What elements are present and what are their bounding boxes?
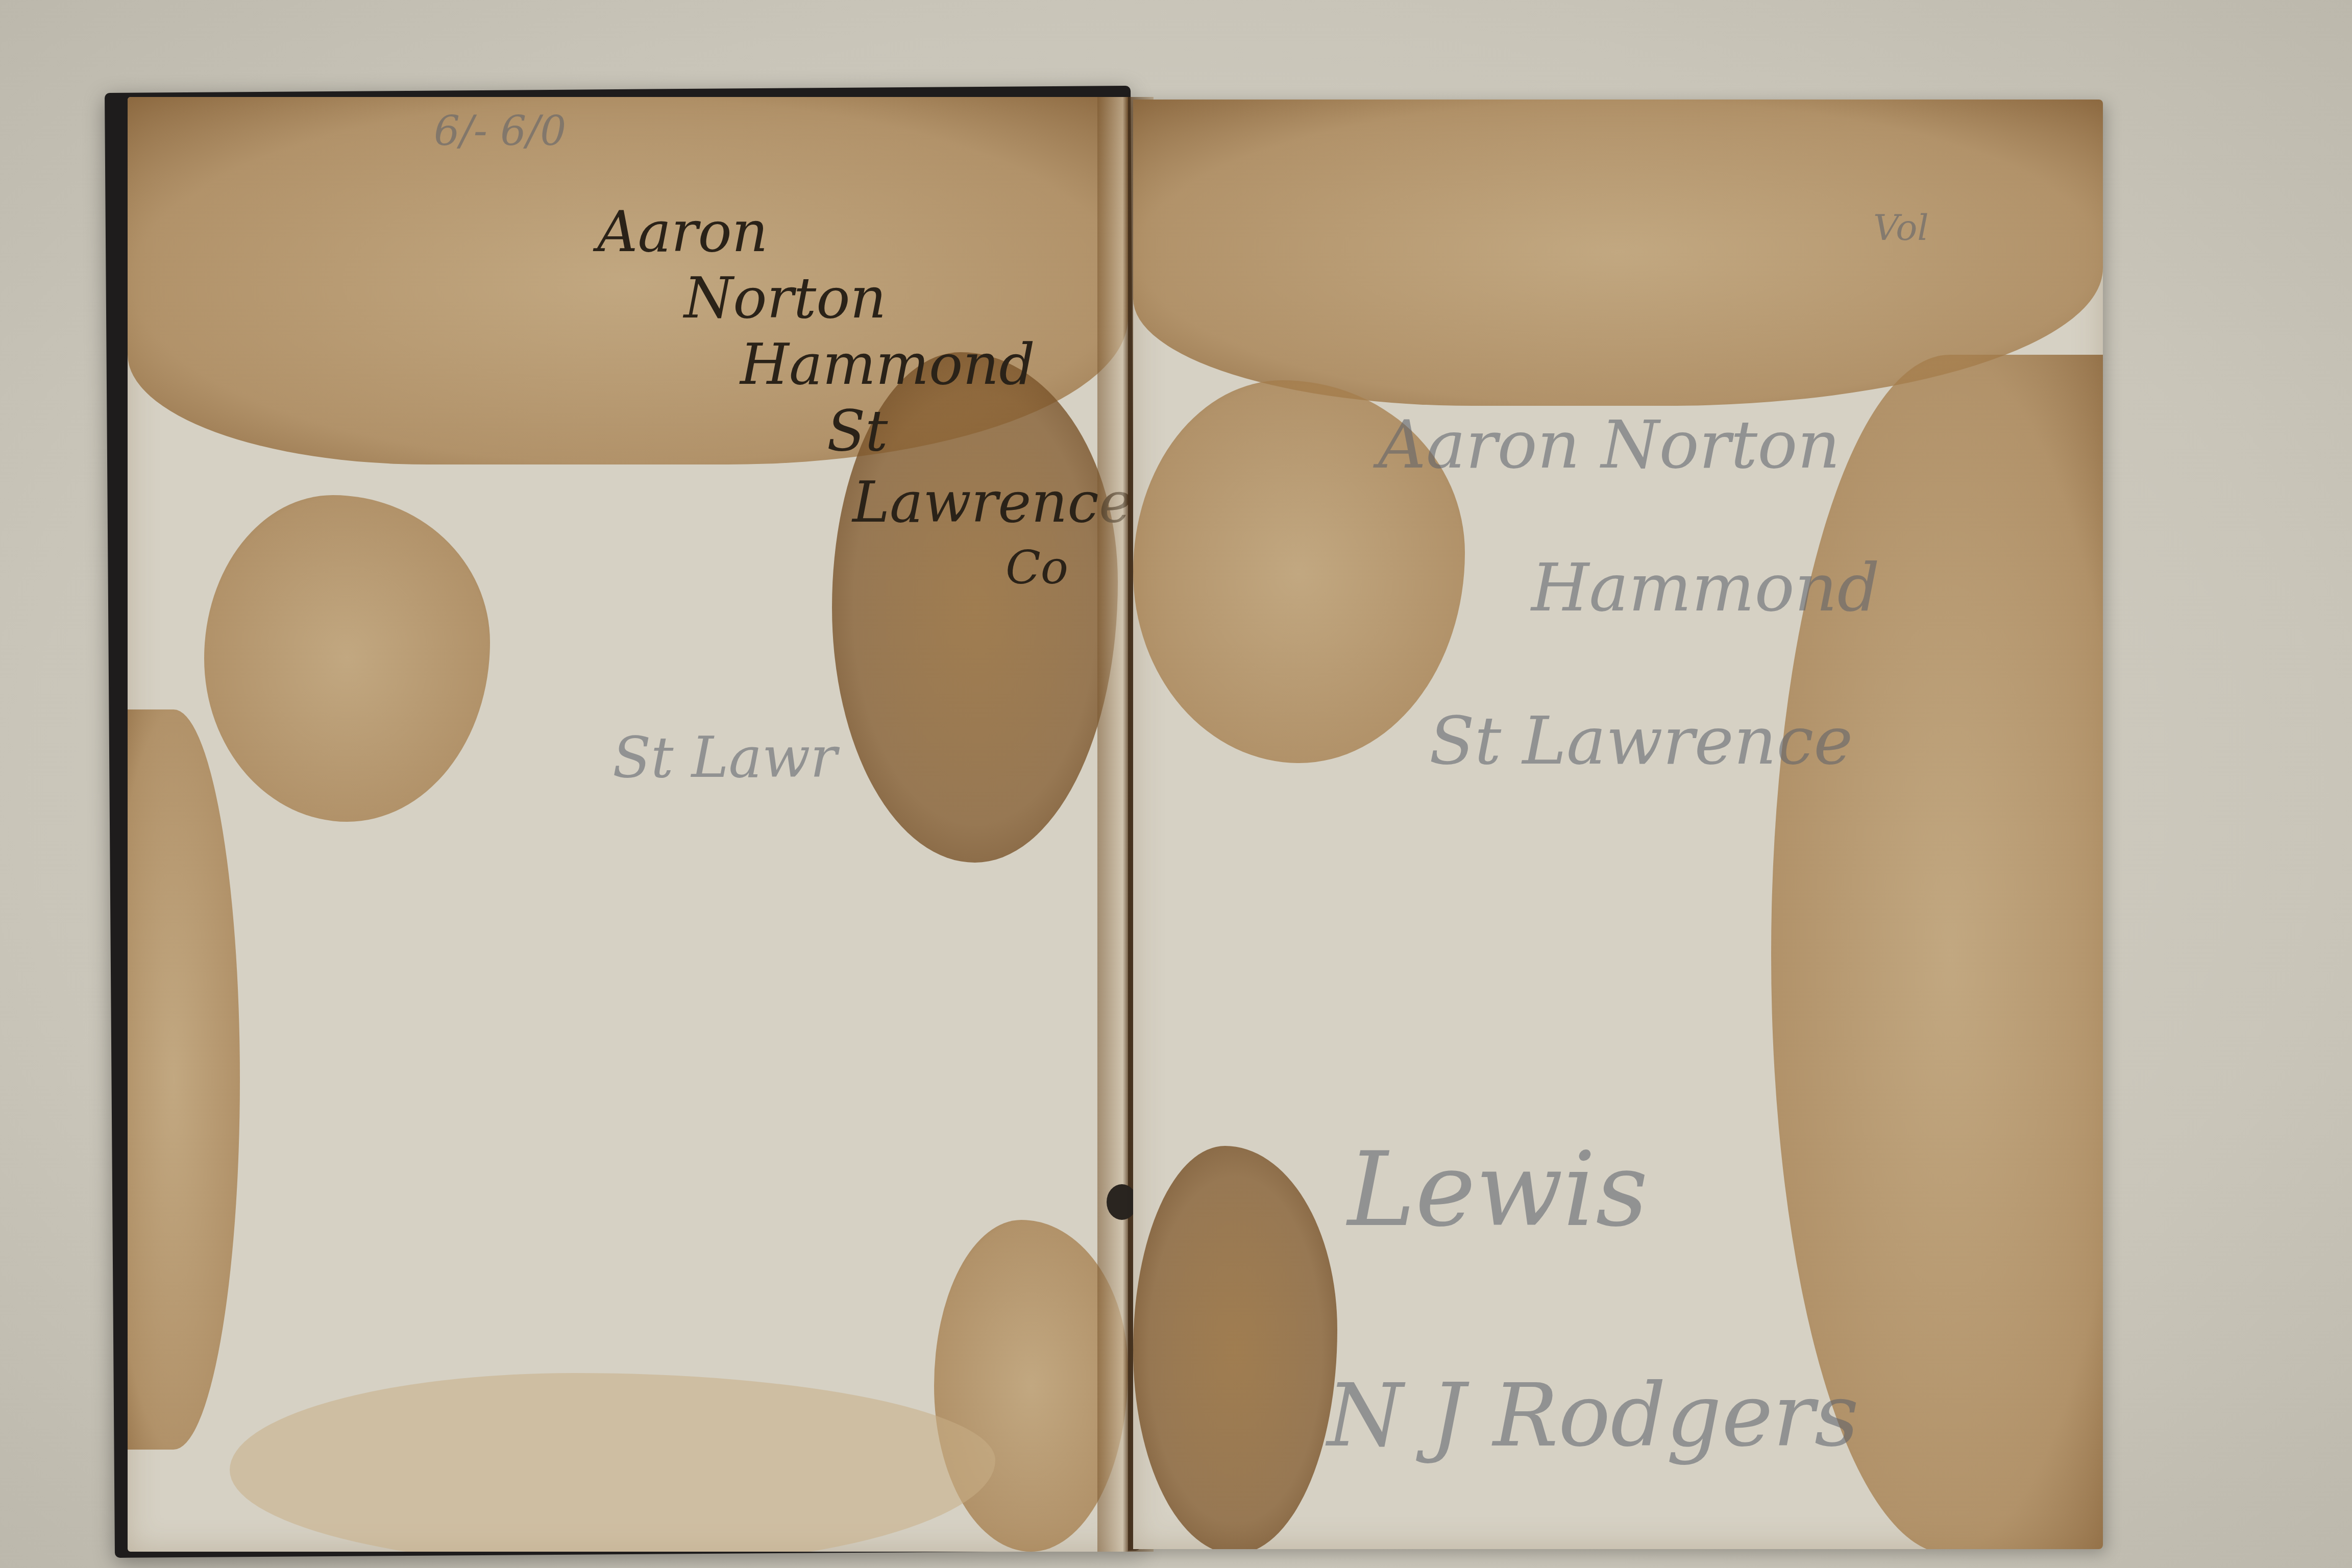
- pencil-inscription: St Lawrence: [1429, 702, 1853, 779]
- volume-note: Vol: [1873, 207, 1929, 249]
- inscription-line: Lawrence: [852, 470, 1128, 535]
- price-note: 6/- 6/0: [434, 107, 566, 155]
- inscription-line: Aaron: [597, 199, 768, 264]
- water-stain: [204, 495, 490, 822]
- inscription-line: Hammond: [740, 332, 1035, 397]
- pencil-inscription: Aaron Norton: [1378, 406, 1840, 483]
- pencil-signature: N J Rodgers: [1327, 1365, 1859, 1466]
- spine-damage: [1107, 1184, 1137, 1220]
- water-stain: [1133, 1146, 1337, 1549]
- left-page: 6/- 6/0 Aaron Norton Hammond St Lawrence…: [128, 97, 1128, 1552]
- inscription-line: St: [827, 398, 888, 463]
- inscription-line: Norton: [684, 265, 886, 331]
- water-stain: [230, 1373, 995, 1552]
- inscription-line: Co: [1006, 541, 1068, 595]
- pencil-name: Lewis: [1347, 1131, 1648, 1249]
- pencil-inscription: Hammond: [1531, 549, 1880, 626]
- right-page: Vol Aaron Norton Hammond St Lawrence Lew…: [1133, 100, 2103, 1549]
- water-stain: [128, 709, 240, 1450]
- faint-pencil: St Lawr: [612, 725, 837, 790]
